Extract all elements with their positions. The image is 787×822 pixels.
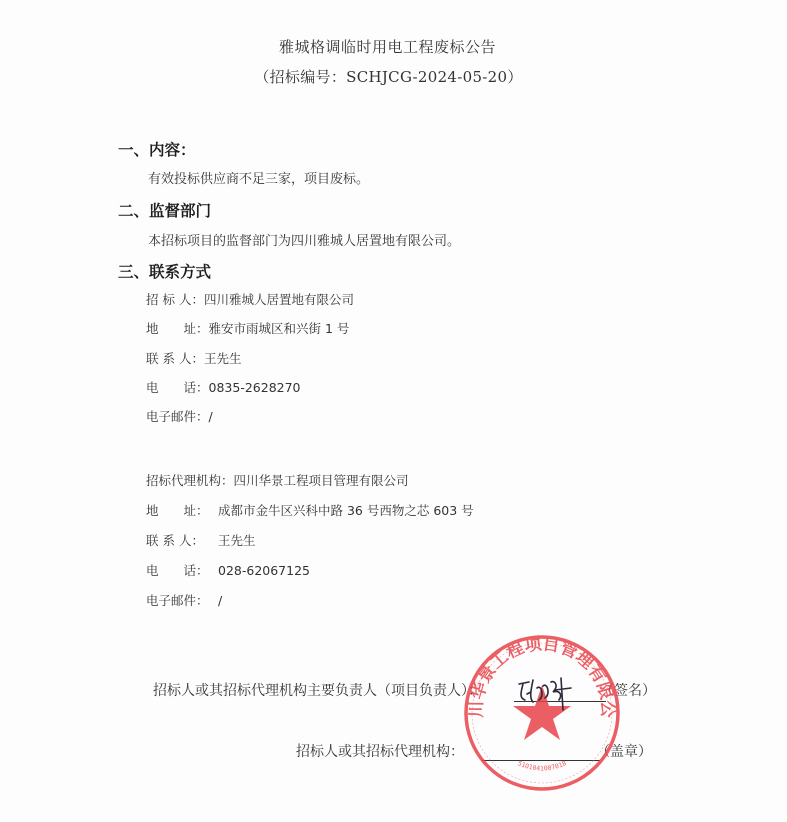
agency-phone-label: 电 话：: [146, 561, 218, 579]
agency-email-row: 电子邮件：/: [146, 591, 222, 609]
tenderer-phone-label: 电 话：: [146, 378, 209, 396]
tenderer-name-label: 招 标 人：: [146, 290, 204, 308]
document-page: 雅城格调临时用电工程废标公告 （招标编号：SCHJCG-2024-05-20） …: [0, 0, 787, 822]
agency-address-label: 地 址：: [146, 501, 218, 519]
agency-email-label: 电子邮件：: [146, 591, 218, 609]
seal-code: 5101041007018: [516, 759, 567, 772]
tenderer-email: /: [209, 409, 213, 424]
tenderer-address: 雅安市雨城区和兴街 1 号: [209, 319, 350, 337]
agency-contact-row: 联 系 人：王先生: [146, 531, 256, 549]
agency-email: /: [218, 593, 222, 608]
tenderer-contact: 王先生: [204, 349, 242, 367]
tender-number: （招标编号：SCHJCG-2024-05-20）: [0, 66, 782, 87]
tenderer-phone: 0835-2628270: [209, 380, 301, 395]
document-title: 雅城格调临时用电工程废标公告: [0, 36, 781, 57]
section-heading-supervision: 二、监督部门: [118, 199, 211, 221]
agency-name-label: 招标代理机构：: [146, 471, 234, 489]
tenderer-contact-label: 联 系 人：: [146, 349, 204, 367]
tenderer-phone-row: 电 话：0835-2628270: [146, 378, 301, 396]
tenderer-contact-row: 联 系 人：王先生: [146, 349, 241, 367]
responsible-person-label: 招标人或其招标代理机构主要负责人（项目负责人）：: [153, 680, 482, 700]
agency-phone: 028-62067125: [218, 563, 310, 578]
agency-contact: 王先生: [218, 531, 256, 549]
section-body-content: 有效投标供应商不足三家，项目废标。: [148, 168, 369, 187]
section-heading-content: 一、内容：: [118, 138, 196, 160]
seal-label: 招标人或其招标代理机构：: [296, 741, 464, 761]
agency-name-row: 招标代理机构：四川华景工程项目管理有限公司: [146, 471, 409, 489]
agency-address-row: 地 址：成都市金牛区兴科中路 36 号西物之芯 603 号: [146, 501, 474, 519]
tenderer-name: 四川雅城人居置地有限公司: [204, 290, 354, 308]
company-seal-stamp: 四川华景工程项目管理有限公司 5101041007018: [462, 633, 622, 793]
tenderer-address-row: 地 址：雅安市雨城区和兴街 1 号: [146, 319, 349, 337]
tenderer-email-row: 电子邮件：/: [146, 407, 213, 425]
tenderer-name-row: 招 标 人：四川雅城人居置地有限公司: [146, 290, 354, 308]
tenderer-email-label: 电子邮件：: [146, 407, 209, 425]
agency-name: 四川华景工程项目管理有限公司: [234, 471, 409, 489]
agency-contact-label: 联 系 人：: [146, 531, 218, 549]
agency-phone-row: 电 话：028-62067125: [146, 561, 310, 579]
section-heading-contact: 三、联系方式: [118, 260, 211, 282]
tenderer-address-label: 地 址：: [146, 319, 209, 337]
agency-address: 成都市金牛区兴科中路 36 号西物之芯 603 号: [218, 501, 474, 519]
section-body-supervision: 本招标项目的监督部门为四川雅城人居置地有限公司。: [148, 230, 460, 249]
handwritten-signature: [515, 672, 585, 712]
